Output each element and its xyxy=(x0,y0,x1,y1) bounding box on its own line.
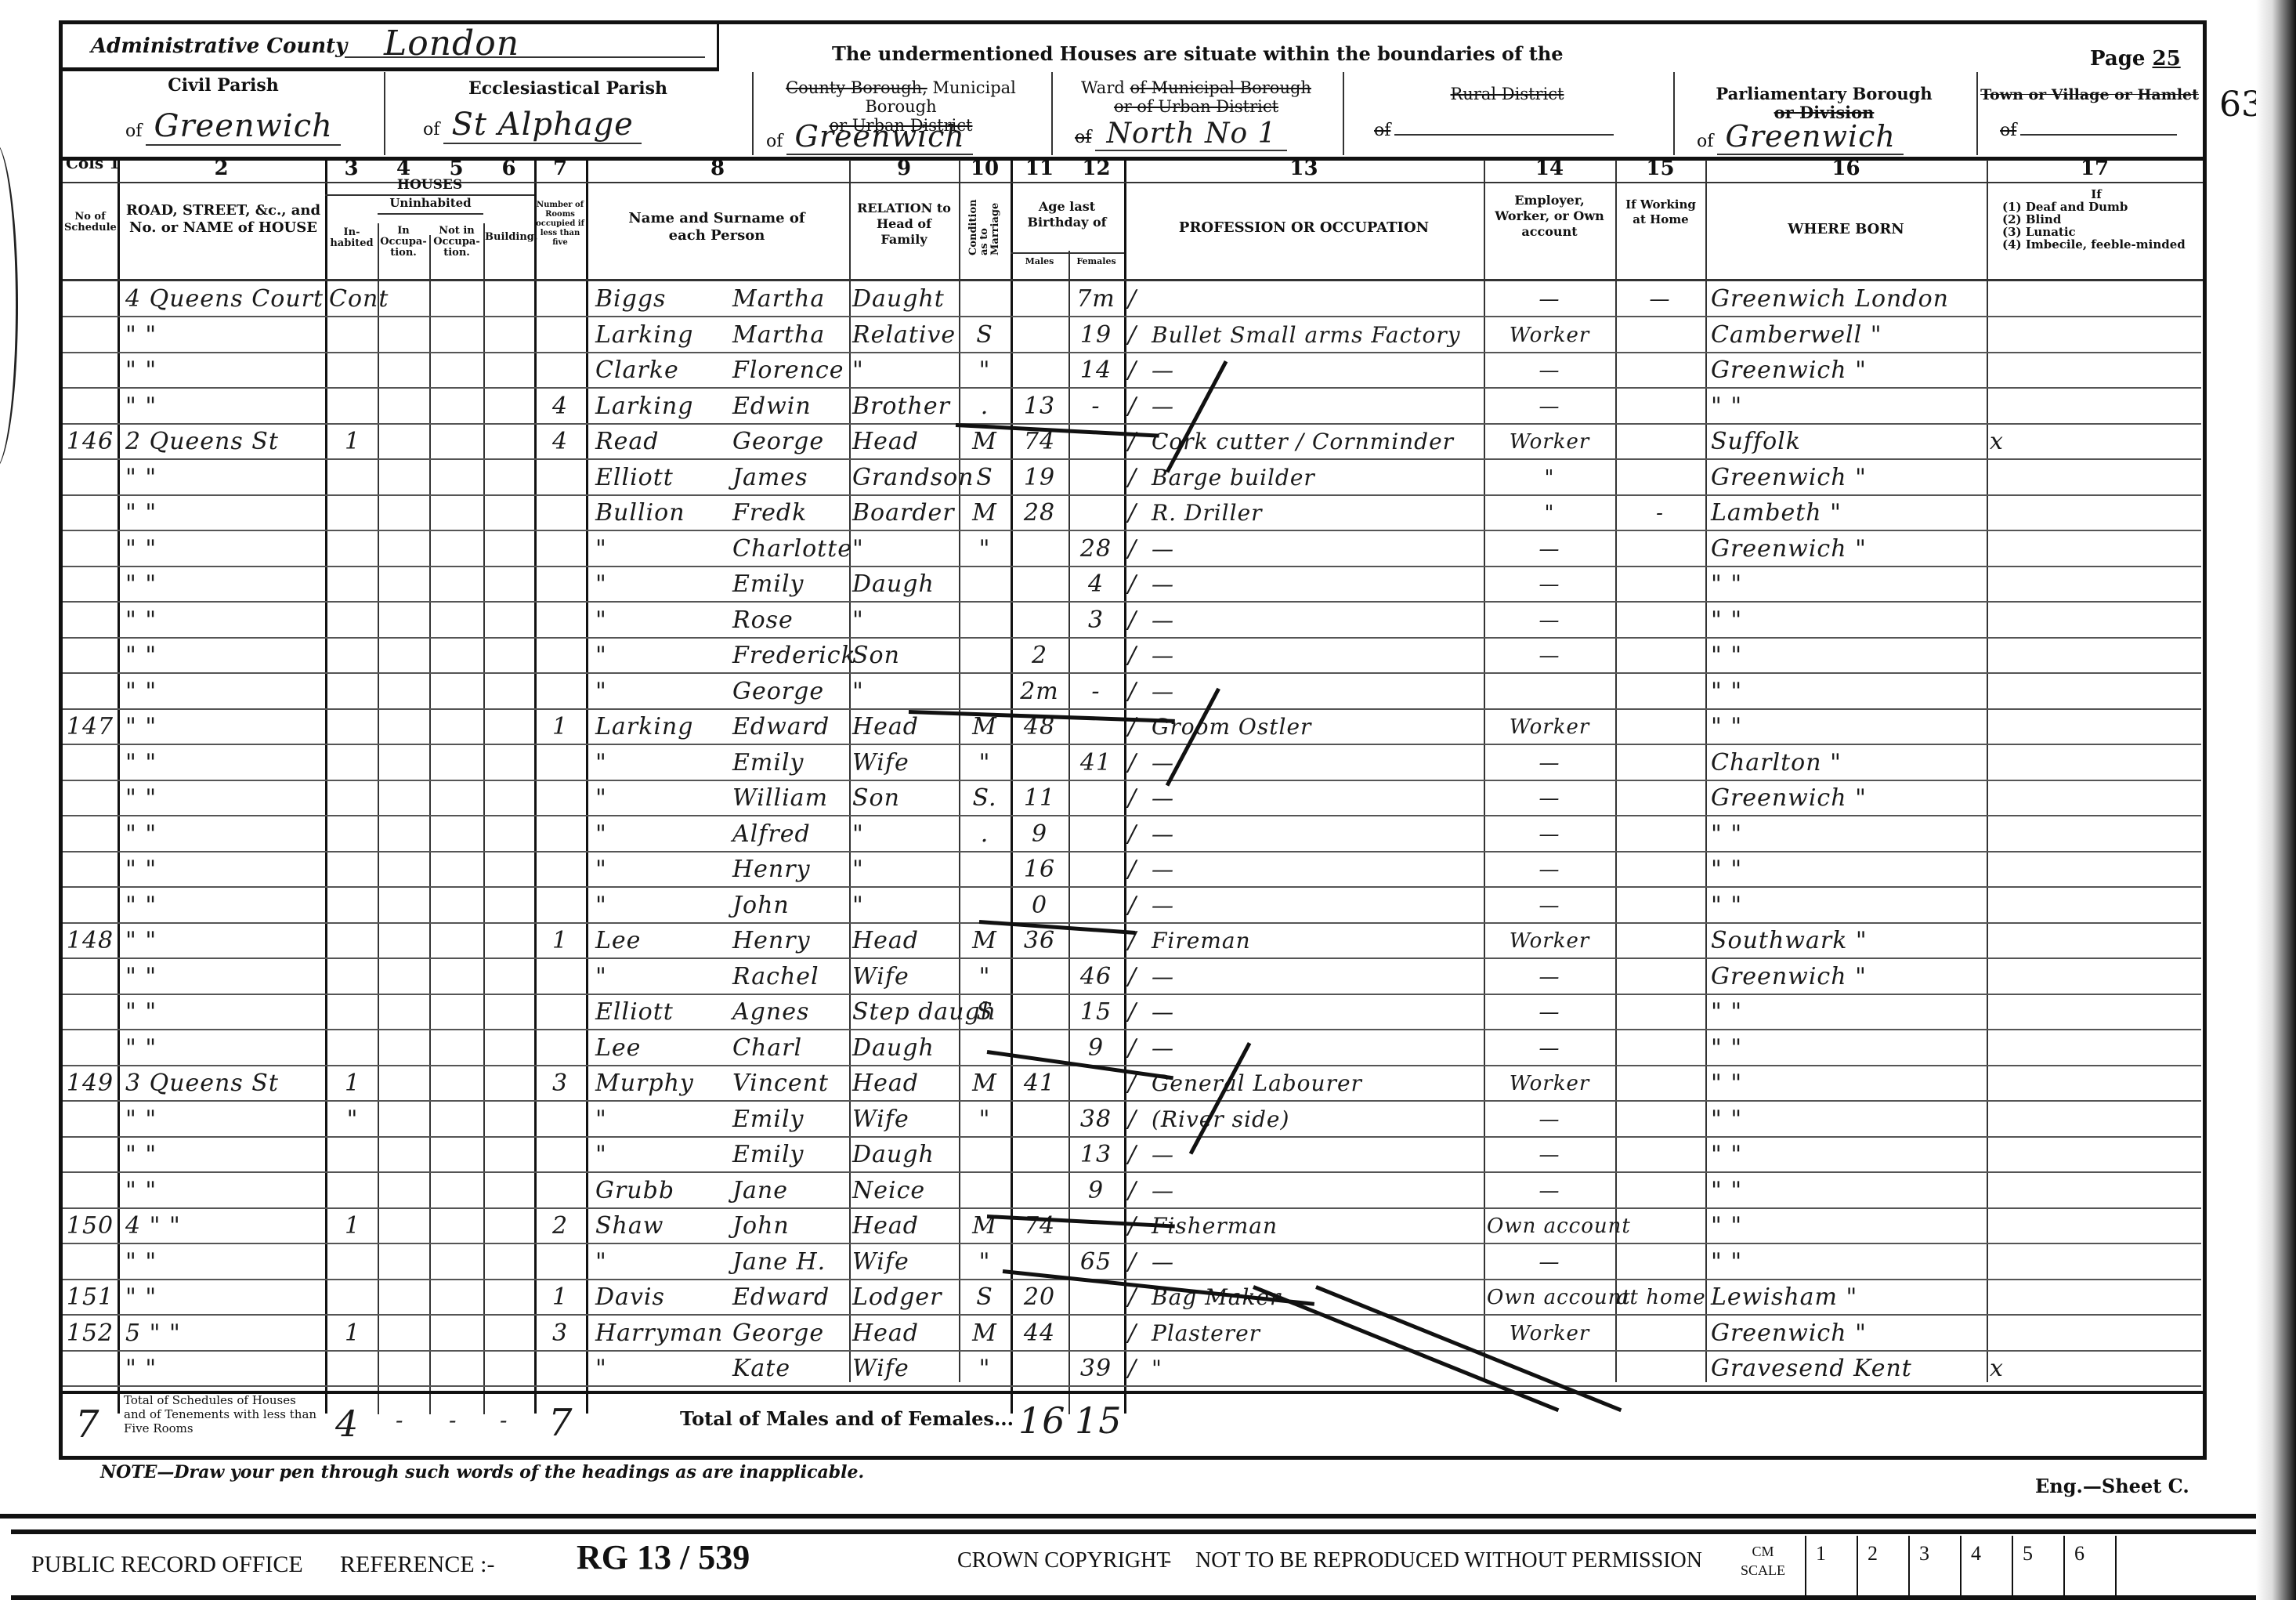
totals-top-rule xyxy=(63,1391,2203,1394)
relation: " xyxy=(852,603,957,638)
rooms-count: 1 xyxy=(537,924,583,958)
footer-reference: RG 13 / 539 xyxy=(577,1537,750,1577)
age-female xyxy=(1070,1280,1122,1315)
header-profession: PROFESSION OR OCCUPATION xyxy=(1124,219,1484,236)
occupation: — xyxy=(1152,889,1481,923)
infirmity xyxy=(1990,603,2200,638)
age-female: - xyxy=(1070,675,1122,709)
marital-condition: S xyxy=(960,1280,1009,1315)
address: " " xyxy=(125,318,321,353)
infirmity-blind: (2) Blind xyxy=(2002,213,2190,226)
infirmity xyxy=(1990,1245,2200,1280)
forename: Fredk xyxy=(732,496,848,530)
forename: Charlotte xyxy=(732,532,848,567)
marital-condition: M xyxy=(960,1316,1009,1351)
scale-tick-1: 1 xyxy=(1816,1542,1826,1566)
inhabited-count: 1 xyxy=(329,425,376,459)
marital-condition xyxy=(960,567,1009,602)
section-civil-parish: Civil Parish of Greenwich xyxy=(63,67,384,158)
working-at-home xyxy=(1617,889,1703,923)
col-number-15: 15 xyxy=(1615,157,1705,180)
enumerator-tick-mark: / xyxy=(1128,567,1137,602)
employment-status: Worker xyxy=(1487,1316,1612,1351)
table-row: /" ""Jane H.Wife"65——" " xyxy=(63,1245,2201,1280)
marital-condition: M xyxy=(960,425,1009,459)
footer-top-rule-1 xyxy=(0,1514,2256,1519)
surname: " xyxy=(595,960,732,994)
working-at-home xyxy=(1617,639,1703,673)
header-road-street: ROAD, STREET, &c., and No. or NAME of HO… xyxy=(125,202,321,237)
cols-label: Cols 1 xyxy=(66,154,120,172)
surname: " xyxy=(595,639,732,673)
employment-status: — xyxy=(1487,282,1612,317)
working-at-home xyxy=(1617,1245,1703,1280)
working-at-home: — xyxy=(1617,282,1703,317)
schedule-number: 149 xyxy=(64,1066,116,1101)
age-female: 14 xyxy=(1070,353,1122,388)
infirmity xyxy=(1990,639,2200,673)
inhabited-count: " xyxy=(329,1102,376,1137)
rooms-count: 1 xyxy=(537,710,583,744)
birthplace: " " xyxy=(1711,603,1983,638)
rooms-count xyxy=(537,639,583,673)
address: " " xyxy=(125,353,321,388)
occupation: — xyxy=(1152,852,1481,887)
table-row: /" ""Alfred".9——" " xyxy=(63,817,2201,852)
col-number-17: 17 xyxy=(1987,157,2203,180)
occupation: — xyxy=(1152,675,1481,709)
enumerator-tick-mark: / xyxy=(1128,282,1137,317)
surname: Larking xyxy=(595,389,732,424)
schedule-number xyxy=(64,675,116,709)
birthplace: Lambeth " xyxy=(1711,496,1983,530)
infirmity xyxy=(1990,496,2200,530)
table-row: /" "BullionFredkBoarderM28R. Driller"-La… xyxy=(63,496,2201,531)
occupation: — xyxy=(1152,995,1481,1030)
relation: Wife xyxy=(852,1245,957,1280)
age-female: 13 xyxy=(1070,1138,1122,1172)
table-row: /" ""RachelWife"46——Greenwich " xyxy=(63,960,2201,995)
header-houses: HOUSES xyxy=(325,177,534,193)
enumerator-tick-mark: / xyxy=(1128,1031,1137,1066)
working-at-home xyxy=(1617,1031,1703,1066)
table-row: /148" "1LeeHenryHeadM36FiremanWorkerSout… xyxy=(63,924,2201,959)
occupation: — xyxy=(1152,532,1481,567)
occupation: — xyxy=(1152,781,1481,816)
ward-value: North No 1 xyxy=(1095,118,1287,151)
totals-persons-label: Total of Males and of Females... xyxy=(680,1407,1014,1430)
totals-col6: - xyxy=(500,1407,508,1433)
birthplace: " " xyxy=(1711,567,1983,602)
employment-status: — xyxy=(1487,567,1612,602)
enumerator-tick-mark: / xyxy=(1128,1209,1137,1243)
surname: Bullion xyxy=(595,496,732,530)
header-age-last-birthday: Age last Birthday of xyxy=(1018,199,1115,230)
table-row: /" ""FrederickSon2——" " xyxy=(63,639,2201,674)
employment-status: — xyxy=(1487,639,1612,673)
marital-condition: M xyxy=(960,1066,1009,1101)
birthplace: " " xyxy=(1711,639,1983,673)
schedule-number: 152 xyxy=(64,1316,116,1351)
employment-status: — xyxy=(1487,1031,1612,1066)
employment-status: — xyxy=(1487,960,1612,994)
civil-parish-of: of xyxy=(125,121,142,141)
working-at-home xyxy=(1617,852,1703,887)
relation: Wife xyxy=(852,960,957,994)
employment-status: Worker xyxy=(1487,425,1612,459)
birthplace: Greenwich " xyxy=(1711,532,1983,567)
surname: " xyxy=(595,852,732,887)
header-relation: RELATION to Head of Family xyxy=(852,201,956,248)
age-male xyxy=(1012,532,1067,567)
age-male xyxy=(1012,567,1067,602)
employment-status: — xyxy=(1487,1102,1612,1137)
age-male: 28 xyxy=(1012,496,1067,530)
civil-parish-label: Civil Parish xyxy=(63,75,384,96)
working-at-home: at home xyxy=(1617,1280,1703,1315)
rooms-count xyxy=(537,318,583,353)
occupation: — xyxy=(1152,1138,1481,1172)
rooms-count xyxy=(537,496,583,530)
schedule-number xyxy=(64,995,116,1030)
rooms-count xyxy=(537,1174,583,1208)
enumerator-tick-mark: / xyxy=(1128,1138,1137,1172)
header-rooms: Number of Rooms occupied if less than fi… xyxy=(536,201,584,248)
enumerator-tick-mark: / xyxy=(1128,461,1137,495)
surname: Shaw xyxy=(595,1209,732,1243)
occupation xyxy=(1152,282,1481,317)
schedule-number xyxy=(64,960,116,994)
relation: Son xyxy=(852,639,957,673)
rooms-count xyxy=(537,889,583,923)
footer-copyright: CROWN COPYRIGHT xyxy=(957,1548,1170,1573)
schedule-number xyxy=(64,282,116,317)
inhabited-count xyxy=(329,1138,376,1172)
inhabited-count xyxy=(329,1174,376,1208)
marital-condition xyxy=(960,1031,1009,1066)
surname: " xyxy=(595,746,732,780)
header-inhabited: In-habited xyxy=(327,227,377,249)
age-male xyxy=(1012,746,1067,780)
address: 4 Queens Court xyxy=(125,282,321,317)
rooms-count xyxy=(537,567,583,602)
scale-tick-5: 5 xyxy=(2023,1542,2033,1566)
infirmity xyxy=(1990,389,2200,424)
rooms-count xyxy=(537,532,583,567)
age-female xyxy=(1070,889,1122,923)
address: " " xyxy=(125,889,321,923)
age-female xyxy=(1070,781,1122,816)
infirmity xyxy=(1990,353,2200,388)
employment-status: — xyxy=(1487,603,1612,638)
schedule-number xyxy=(64,817,116,852)
infirmity: x xyxy=(1990,1352,2200,1386)
marital-condition: " xyxy=(960,960,1009,994)
address: " " xyxy=(125,781,321,816)
schedule-number xyxy=(64,781,116,816)
forename: William xyxy=(732,781,848,816)
schedule-number: 146 xyxy=(64,425,116,459)
surname: Davis xyxy=(595,1280,732,1315)
employment-status: " xyxy=(1487,461,1612,495)
relation: " xyxy=(852,889,957,923)
enumerator-tick-mark: / xyxy=(1128,924,1137,958)
table-row: /" "ElliottAgnesStep daughS15——" " xyxy=(63,995,2201,1030)
surname: Clarke xyxy=(595,353,732,388)
age-female: 7m xyxy=(1070,282,1122,317)
enumerator-tick-mark: / xyxy=(1128,995,1137,1030)
address: " " xyxy=(125,1138,321,1172)
schedule-number xyxy=(64,461,116,495)
infirmity xyxy=(1990,710,2200,744)
birthplace: Greenwich " xyxy=(1711,781,1983,816)
employment-status: — xyxy=(1487,817,1612,852)
infirmity xyxy=(1990,675,2200,709)
infirmity xyxy=(1990,567,2200,602)
marital-condition: S xyxy=(960,995,1009,1030)
forename: George xyxy=(732,425,848,459)
address: 4 " " xyxy=(125,1209,321,1243)
infirmity xyxy=(1990,318,2200,353)
enumerator-tick-mark: / xyxy=(1128,1174,1137,1208)
rooms-count xyxy=(537,852,583,887)
birthplace: Suffolk xyxy=(1711,425,1983,459)
forename: George xyxy=(732,675,848,709)
page-edge-curve xyxy=(0,141,18,470)
forename: Jane xyxy=(732,1174,848,1208)
surname: Elliott xyxy=(595,461,732,495)
occupation: — xyxy=(1152,746,1481,780)
inhabited-count xyxy=(329,1031,376,1066)
surname: Grubb xyxy=(595,1174,732,1208)
enumerator-tick-mark: / xyxy=(1128,889,1137,923)
marital-condition: " xyxy=(960,353,1009,388)
rooms-count xyxy=(537,1352,583,1386)
rooms-count xyxy=(537,781,583,816)
town-village-blank xyxy=(2020,134,2177,136)
age-male: 74 xyxy=(1012,1209,1067,1243)
age-female: 28 xyxy=(1070,532,1122,567)
rooms-count: 3 xyxy=(537,1066,583,1101)
occupation: — xyxy=(1152,1174,1481,1208)
table-row: /" ""Rose"3——" " xyxy=(63,603,2201,639)
rooms-count: 3 xyxy=(537,1316,583,1351)
birthplace: Greenwich London xyxy=(1711,282,1983,317)
surname: Harryman xyxy=(595,1316,732,1351)
age-male xyxy=(1012,603,1067,638)
col-number-14: 14 xyxy=(1484,157,1615,180)
age-male xyxy=(1012,1352,1067,1386)
section-rural-district: Rural District of xyxy=(1343,67,1672,158)
forename: Alfred xyxy=(732,817,848,852)
inhabited-count xyxy=(329,1280,376,1315)
header-uninhabited: Uninhabited xyxy=(378,196,483,210)
occupation: — xyxy=(1152,1245,1481,1280)
birthplace: Greenwich " xyxy=(1711,461,1983,495)
header-in-occupation: In Occupa-tion. xyxy=(379,226,428,259)
forename: Emily xyxy=(732,1102,848,1137)
working-at-home xyxy=(1617,710,1703,744)
birthplace: " " xyxy=(1711,1138,1983,1172)
inhabited-count xyxy=(329,710,376,744)
forename: Edward xyxy=(732,1280,848,1315)
table-row: /" "ElliottJamesGrandsonS19Barge builder… xyxy=(63,461,2201,496)
rural-district-of: of xyxy=(1374,121,1390,140)
relation: " xyxy=(852,675,957,709)
inhabited-count xyxy=(329,1245,376,1280)
enumerator-tick-mark: / xyxy=(1128,817,1137,852)
forename: Agnes xyxy=(732,995,848,1030)
age-male: 19 xyxy=(1012,461,1067,495)
inhabited-count xyxy=(329,675,376,709)
employment-status: — xyxy=(1487,781,1612,816)
age-female: 41 xyxy=(1070,746,1122,780)
section-ward: Ward of Municipal Borough or of Urban Di… xyxy=(1051,67,1341,158)
infirmity xyxy=(1990,1209,2200,1243)
working-at-home xyxy=(1617,817,1703,852)
ward-label: Ward xyxy=(1081,78,1125,97)
relation: Head xyxy=(852,425,957,459)
birthplace: Greenwich " xyxy=(1711,353,1983,388)
enumerator-tick-mark: / xyxy=(1128,746,1137,780)
infirmity xyxy=(1990,532,2200,567)
occupation: Fisherman xyxy=(1152,1209,1481,1243)
inhabited-count xyxy=(329,817,376,852)
age-female: 19 xyxy=(1070,318,1122,353)
occupation: Cork cutter / Cornminder xyxy=(1152,425,1481,459)
note-text: NOTE—Draw your pen through such words of… xyxy=(100,1462,864,1482)
header-building: Building. xyxy=(485,232,533,243)
occupation: Barge builder xyxy=(1152,461,1481,495)
table-row: /" ""KateWife"39"Gravesend Kentx xyxy=(63,1352,2201,1387)
employment-status: — xyxy=(1487,1138,1612,1172)
employment-status: — xyxy=(1487,1245,1612,1280)
forename: George xyxy=(732,1316,848,1351)
col-number-11: 11 xyxy=(1011,157,1068,180)
sheet-id: Eng.—Sheet C. xyxy=(2035,1475,2189,1497)
sections-row: Civil Parish of Greenwich Ecclesiastical… xyxy=(63,67,2203,158)
relation: Head xyxy=(852,710,957,744)
table-row: /" ""EmilyWife"41——Charlton " xyxy=(63,746,2201,781)
marital-condition: S xyxy=(960,318,1009,353)
inhabited-count xyxy=(329,532,376,567)
infirmity: x xyxy=(1990,425,2200,459)
totals-col4: - xyxy=(396,1407,403,1433)
enumerator-tick-mark: / xyxy=(1128,389,1137,424)
rooms-count xyxy=(537,282,583,317)
occupation: — xyxy=(1152,603,1481,638)
employment-status: " xyxy=(1487,496,1612,530)
header-females: Females xyxy=(1068,256,1124,267)
inhabited-count xyxy=(329,1352,376,1386)
age-male xyxy=(1012,318,1067,353)
address: " " xyxy=(125,461,321,495)
infirmity xyxy=(1990,282,2200,317)
birthplace: " " xyxy=(1711,1066,1983,1101)
forename: Martha xyxy=(732,282,848,317)
inhabited-count xyxy=(329,889,376,923)
rooms-count xyxy=(537,461,583,495)
scale-word: SCALE xyxy=(1741,1561,1785,1580)
section-parliamentary-borough: Parliamentary Borough or Division of Gre… xyxy=(1673,67,1975,158)
rooms-count xyxy=(537,746,583,780)
totals-rooms: 7 xyxy=(548,1401,573,1445)
col-number-10: 10 xyxy=(959,157,1011,180)
age-male: 9 xyxy=(1012,817,1067,852)
occupation: Groom Ostler xyxy=(1152,710,1481,744)
surname: " xyxy=(595,603,732,638)
working-at-home xyxy=(1617,353,1703,388)
forename: Kate xyxy=(732,1352,848,1386)
birthplace: Charlton " xyxy=(1711,746,1983,780)
forename: Emily xyxy=(732,567,848,602)
birthplace: " " xyxy=(1711,889,1983,923)
working-at-home xyxy=(1617,781,1703,816)
working-at-home xyxy=(1617,1138,1703,1172)
rooms-count xyxy=(537,995,583,1030)
address: " " xyxy=(125,746,321,780)
working-at-home xyxy=(1617,995,1703,1030)
inhabited-count xyxy=(329,461,376,495)
rooms-count: 2 xyxy=(537,1209,583,1243)
birthplace: " " xyxy=(1711,1209,1983,1243)
occupation: Fireman xyxy=(1152,924,1481,958)
schedule-number xyxy=(64,746,116,780)
header-condition: Condition as to Marriage xyxy=(968,185,1001,255)
enumerator-tick-mark: / xyxy=(1128,496,1137,530)
footer-permission: NOT TO BE REPRODUCED WITHOUT PERMISSION xyxy=(1195,1548,1702,1573)
birthplace: " " xyxy=(1711,1102,1983,1137)
address: " " xyxy=(125,960,321,994)
employment-status xyxy=(1487,675,1612,709)
age-female: 46 xyxy=(1070,960,1122,994)
relation: " xyxy=(852,353,957,388)
age-female xyxy=(1070,1316,1122,1351)
age-male: 11 xyxy=(1012,781,1067,816)
age-male: 2 xyxy=(1012,639,1067,673)
marital-condition: S xyxy=(960,461,1009,495)
forename: Florence xyxy=(732,353,848,388)
schedule-number xyxy=(64,1031,116,1066)
scale-tick-6: 6 xyxy=(2074,1542,2084,1566)
rural-district-blank xyxy=(1394,134,1614,136)
address: " " xyxy=(125,924,321,958)
address: 5 " " xyxy=(125,1316,321,1351)
surname: " xyxy=(595,781,732,816)
employment-status: — xyxy=(1487,1174,1612,1208)
table-row: /" ""Henry"16——" " xyxy=(63,852,2201,888)
inhabited-count xyxy=(329,353,376,388)
marital-condition xyxy=(960,603,1009,638)
marital-condition: " xyxy=(960,1245,1009,1280)
age-male: 44 xyxy=(1012,1316,1067,1351)
infirmity xyxy=(1990,817,2200,852)
rooms-count xyxy=(537,603,583,638)
marital-condition xyxy=(960,639,1009,673)
enumerator-tick-mark: / xyxy=(1128,710,1137,744)
age-female: 9 xyxy=(1070,1031,1122,1066)
occupation: — xyxy=(1152,817,1481,852)
enumerator-tick-mark: / xyxy=(1128,318,1137,353)
enumerator-tick-mark: / xyxy=(1128,1102,1137,1137)
relation: Neice xyxy=(852,1174,957,1208)
age-female xyxy=(1070,817,1122,852)
address: " " xyxy=(125,1031,321,1066)
enumerator-tick-mark: / xyxy=(1128,639,1137,673)
occupation: Bullet Small arms Factory xyxy=(1152,318,1481,353)
ecclesiastical-parish-value: St Alphage xyxy=(443,107,641,144)
table-row: /1504 " "12ShawJohnHeadM74FishermanOwn a… xyxy=(63,1209,2201,1244)
